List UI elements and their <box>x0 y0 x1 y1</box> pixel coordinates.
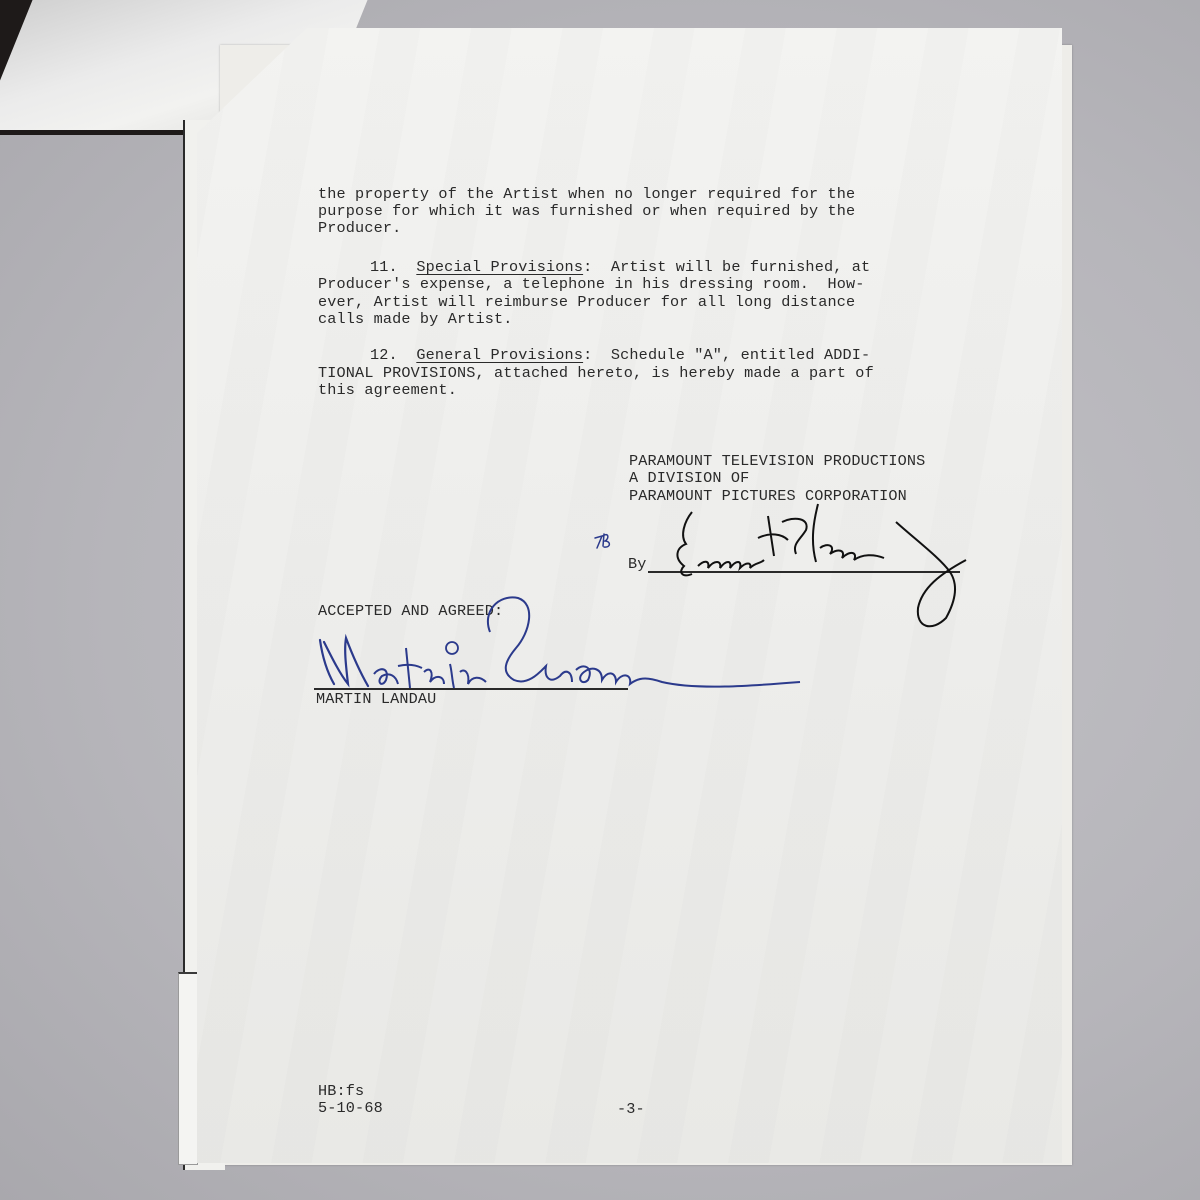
producer-line-1: PARAMOUNT TELEVISION PRODUCTIONS <box>629 453 925 471</box>
section-12-number: 12. <box>370 346 398 364</box>
section-11-line-4: calls made by Artist. <box>318 311 513 329</box>
section-11-line-3: ever, Artist will reimburse Producer for… <box>318 294 855 312</box>
footer-reference: HB:fs <box>318 1083 364 1101</box>
section-12-line-2: TIONAL PROVISIONS, attached hereto, is h… <box>318 365 874 383</box>
section-11-first-line: 11. Special Provisions: Artist will be f… <box>370 259 870 277</box>
section-12-heading: General Provisions <box>416 346 583 364</box>
page-number: -3- <box>617 1101 645 1119</box>
continuation-line-3: Producer. <box>318 220 401 238</box>
continuation-line-1: the property of the Artist when no longe… <box>318 186 855 204</box>
section-11-lead: : Artist will be furnished, at <box>583 258 870 276</box>
artist-signature <box>310 592 810 722</box>
section-12-first-line: 12. General Provisions: Schedule "A", en… <box>370 347 870 365</box>
binding-tab <box>178 972 198 1165</box>
section-11-number: 11. <box>370 258 398 276</box>
continuation-line-2: purpose for which it was furnished or wh… <box>318 203 855 221</box>
section-12-line-3: this agreement. <box>318 382 457 400</box>
initials-annotation <box>592 530 632 560</box>
footer-date: 5-10-68 <box>318 1100 383 1118</box>
producer-line-2: A DIVISION OF <box>629 470 749 488</box>
section-11-line-2: Producer's expense, a telephone in his d… <box>318 276 865 294</box>
section-11-heading: Special Provisions <box>416 258 583 276</box>
section-12-lead: : Schedule "A", entitled ADDI- <box>583 346 870 364</box>
